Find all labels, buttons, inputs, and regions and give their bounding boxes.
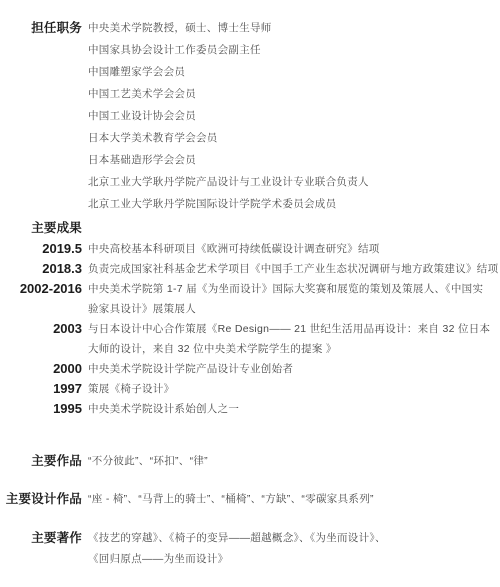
section-major-design-works: 主要设计作品 “座 - 椅”、“马背上的骑士”、“桶椅”、“方缺”、“零碳家具系… <box>0 488 500 510</box>
achievement-text: 大师的设计，来自 32 位中央美术学院学生的提案 》 <box>88 339 500 359</box>
positions-label: 担任职务 <box>0 17 82 39</box>
position-item: 北京工业大学耿丹学院国际设计学院学术委员会成员 <box>88 193 500 215</box>
achievement-year: 2018.3 <box>0 259 82 279</box>
achievement-entry: 2000 中央美术学院设计学院产品设计专业创始者 <box>0 359 500 379</box>
achievement-text: 负责完成国家社科基金艺术学项目《中国手工产业生态状况调研与地方政策建议》结项 <box>88 259 500 279</box>
achievement-entry: 1995 中央美术学院设计系始创人之一 <box>0 399 500 419</box>
achievement-year: 1995 <box>0 399 82 419</box>
achievement-year: 2019.5 <box>0 239 82 259</box>
major-books-label: 主要著作 <box>0 528 82 549</box>
section-positions: 担任职务 中央美术学院教授，硕士、博士生导师 中国家具协会设计工作委员会副主任 … <box>0 17 500 215</box>
major-books-text: 《技艺的穿越》、《椅子的变异——超越概念》、《为坐而设计》、 <box>88 528 500 549</box>
achievement-text: 中央美术学院第 1-7 届《为坐而设计》国际大奖赛和展览的策划及策展人、《中国实 <box>88 279 500 299</box>
achievement-entry: 2019.5 中央高校基本科研项目《欧洲可持续低碳设计调查研究》结项 <box>0 239 500 259</box>
positions-list: 中央美术学院教授，硕士、博士生导师 中国家具协会设计工作委员会副主任 中国雕塑家… <box>88 17 500 215</box>
major-works-text: “不分彼此”、“环扣”、“律” <box>88 450 500 472</box>
achievement-text: 策展《椅子设计》 <box>88 379 500 399</box>
positions-row: 担任职务 中央美术学院教授，硕士、博士生导师 中国家具协会设计工作委员会副主任 … <box>0 17 500 215</box>
section-major-works: 主要作品 “不分彼此”、“环扣”、“律” <box>0 450 500 472</box>
position-item: 北京工业大学耿丹学院产品设计与工业设计专业联合负责人 <box>88 171 500 193</box>
position-item: 中国工艺美术学会会员 <box>88 83 500 105</box>
major-books-text: 《回归原点——为坐而设计》 <box>88 549 500 570</box>
achievement-entry: 2003 与日本设计中心合作策展《Re Design—— 21 世纪生活用品再设… <box>0 319 500 359</box>
achievements-header: 主要成果 <box>0 217 500 239</box>
achievement-text: 中央美术学院设计系始创人之一 <box>88 399 500 419</box>
major-works-label: 主要作品 <box>0 450 82 472</box>
position-item: 中央美术学院教授，硕士、博士生导师 <box>88 17 500 39</box>
section-achievements: 主要成果 2019.5 中央高校基本科研项目《欧洲可持续低碳设计调查研究》结项 … <box>0 217 500 419</box>
achievement-entry: 2002-2016 中央美术学院第 1-7 届《为坐而设计》国际大奖赛和展览的策… <box>0 279 500 319</box>
major-design-works-text: “座 - 椅”、“马背上的骑士”、“桶椅”、“方缺”、“零碳家具系列” <box>88 488 500 510</box>
achievement-year: 1997 <box>0 379 82 399</box>
achievement-entry: 2018.3 负责完成国家社科基金艺术学项目《中国手工产业生态状况调研与地方政策… <box>0 259 500 279</box>
achievement-year: 2003 <box>0 319 82 339</box>
achievement-year: 2000 <box>0 359 82 379</box>
bio-page: 担任职务 中央美术学院教授，硕士、博士生导师 中国家具协会设计工作委员会副主任 … <box>0 0 500 587</box>
position-item: 日本基础造形学会会员 <box>88 149 500 171</box>
achievement-text: 中央高校基本科研项目《欧洲可持续低碳设计调查研究》结项 <box>88 239 500 259</box>
achievement-entry: 1997 策展《椅子设计》 <box>0 379 500 399</box>
position-item: 中国工业设计协会会员 <box>88 105 500 127</box>
achievement-year: 2002-2016 <box>0 279 82 299</box>
major-design-works-label: 主要设计作品 <box>0 488 82 510</box>
achievement-text: 验家具设计》展策展人 <box>88 299 500 319</box>
achievements-label: 主要成果 <box>0 217 82 239</box>
position-item: 中国家具协会设计工作委员会副主任 <box>88 39 500 61</box>
achievement-text: 中央美术学院设计学院产品设计专业创始者 <box>88 359 500 379</box>
position-item: 日本大学美术教育学会会员 <box>88 127 500 149</box>
position-item: 中国雕塑家学会会员 <box>88 61 500 83</box>
achievement-text: 与日本设计中心合作策展《Re Design—— 21 世纪生活用品再设计：来自 … <box>88 319 500 339</box>
section-major-books: 主要著作 《技艺的穿越》、《椅子的变异——超越概念》、《为坐而设计》、 《回归原… <box>0 528 500 570</box>
